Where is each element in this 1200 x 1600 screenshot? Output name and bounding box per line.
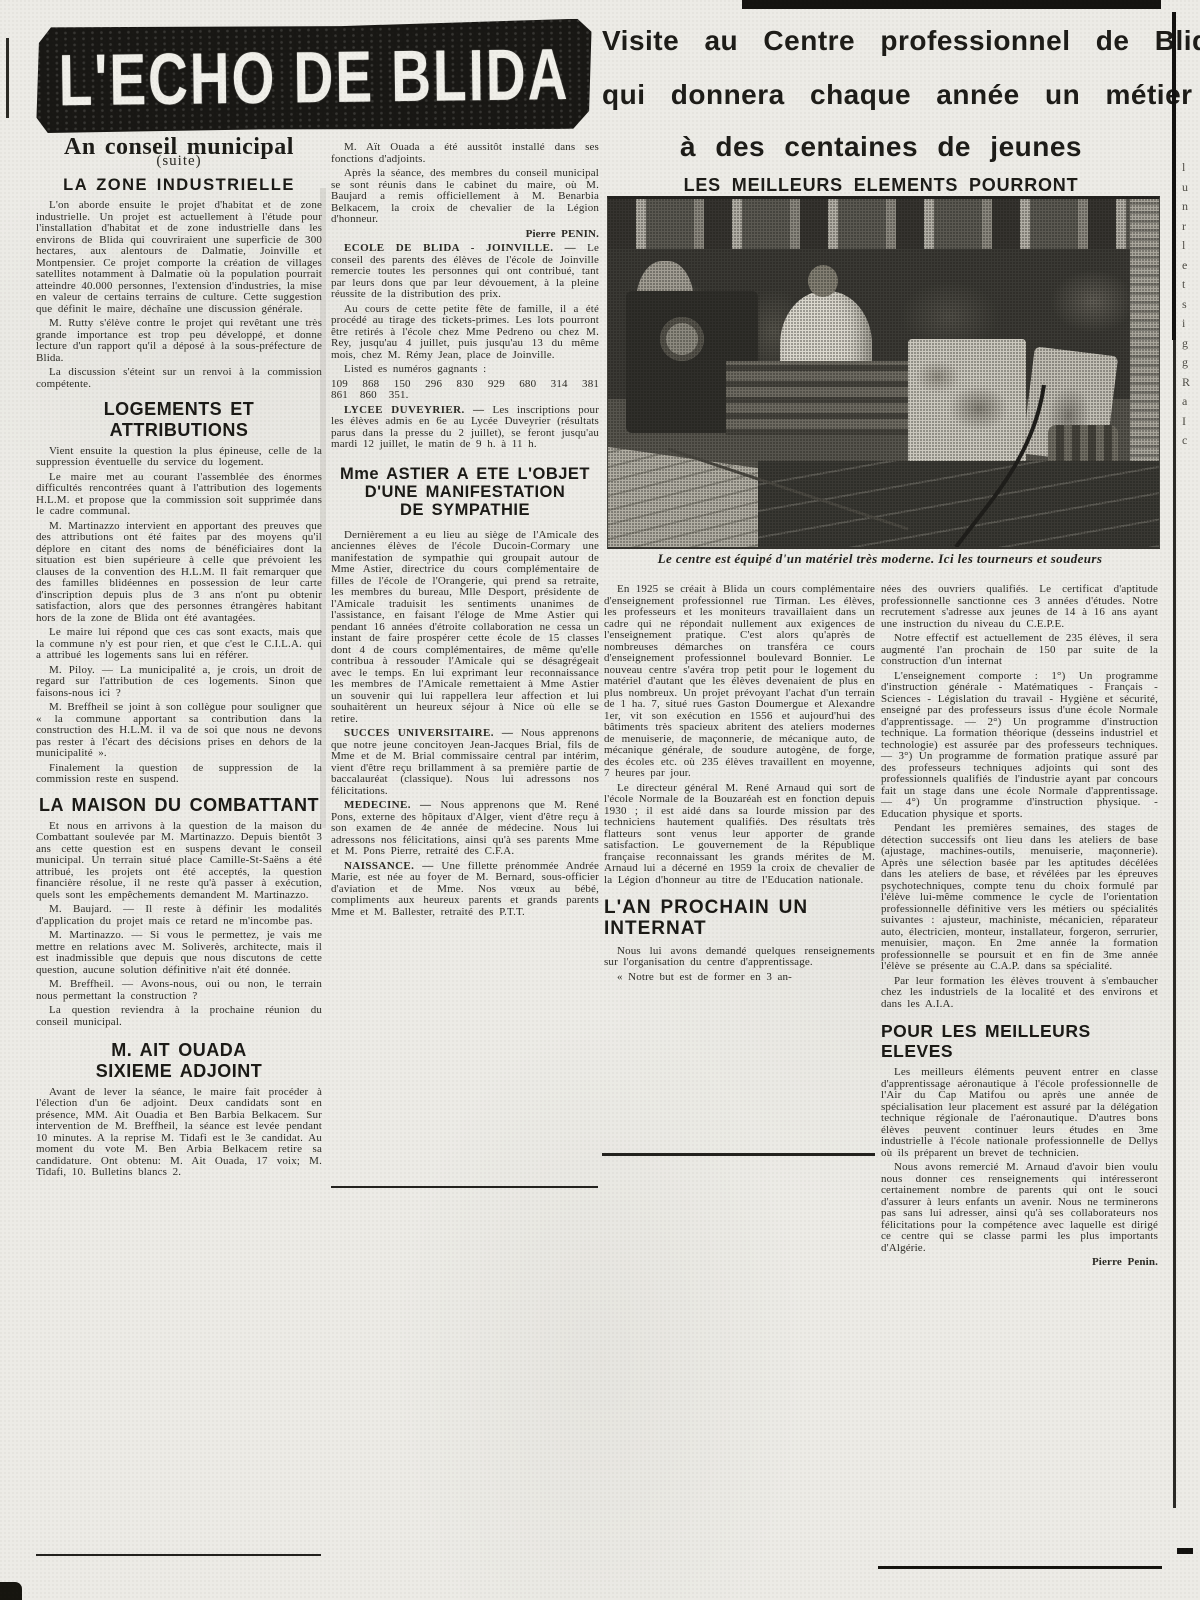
paragraph: Le maire lui répond que ces cas sont exa…	[36, 627, 322, 662]
paragraph: Vient ensuite la question la plus épineu…	[36, 446, 322, 469]
heading-ait-ouada: M. AIT OUADA SIXIEME ADJOINT	[36, 1040, 322, 1080]
column1-bottom-rule	[36, 1554, 321, 1556]
paragraph: Pendant les premières semaines, des stag…	[881, 823, 1158, 973]
paragraph: Le maire met au courant l'assemblée des …	[36, 472, 322, 518]
column-2: M. Aït Ouada a été aussitôt installé dan…	[331, 142, 599, 921]
news-item-lead: MEDECINE. —	[344, 799, 431, 811]
heading-line: DE SYMPATHIE	[331, 501, 599, 519]
paragraph: L'enseignement comporte : 1°) Un program…	[881, 671, 1158, 821]
paragraph: M. Breffheil. — Avons-nous, oui ou non, …	[36, 979, 322, 1002]
headline-line-3: à des centaines de jeunes	[602, 122, 1160, 172]
photo-caption: Le centre est équipé d'un matériel très …	[602, 551, 1158, 567]
paragraph: M. Baujard. — Il reste à définir les mod…	[36, 904, 322, 927]
news-item-ecole-joinville: ECOLE DE BLIDA - JOINVILLE. — Le conseil…	[331, 243, 599, 301]
paragraph: « Notre but est de former en 3 an-	[604, 972, 875, 984]
workshop-photo	[607, 196, 1160, 549]
heading-logements: LOGEMENTS ET ATTRIBUTIONS	[36, 399, 322, 439]
page-fold-line-upper	[1172, 12, 1176, 340]
heading-meilleurs-eleves: POUR LES MEILLEURS ELEVES	[881, 1022, 1158, 1061]
heading-line: Mme ASTIER A ETE L'OBJET	[331, 465, 599, 483]
cropped-letter: a	[1182, 392, 1198, 412]
cropped-letter: l	[1182, 158, 1198, 178]
paragraph: Les meilleurs éléments peuvent entrer en…	[881, 1067, 1158, 1159]
heading-line: SIXIEME ADJOINT	[36, 1061, 322, 1081]
paragraph: Nous avons remercié M. Arnaud d'avoir bi…	[881, 1162, 1158, 1254]
cropped-letter: s	[1182, 295, 1198, 315]
news-item-lead: NAISSANCE. —	[344, 860, 434, 872]
news-item-naissance: NAISSANCE. — Une fillette prénommée Andr…	[331, 861, 599, 919]
news-item-medecine: MEDECINE. — Nous apprenons que M. René P…	[331, 800, 599, 858]
column2-bottom-rule	[331, 1186, 598, 1188]
paragraph: En 1925 se créait à Blida un cours compl…	[604, 584, 875, 780]
heading-line: D'UNE MANIFESTATION	[331, 483, 599, 501]
news-item-lead: SUCCES UNIVERSITAIRE. —	[344, 727, 513, 739]
corner-ink-blob	[0, 1582, 22, 1600]
cropped-letter: t	[1182, 275, 1198, 295]
byline-pierre-penin: Pierre PENIN.	[331, 229, 599, 241]
paragraph: Le directeur général M. René Arnaud qui …	[604, 783, 875, 887]
page-fold-line-lower	[1173, 340, 1176, 1508]
subheadline-line-1: LES MEILLEURS ELEMENTS POURRONT	[602, 174, 1160, 196]
byline-pierre-penin-2: Pierre Penin.	[881, 1257, 1158, 1269]
heading-mme-astier: Mme ASTIER A ETE L'OBJET D'UNE MANIFESTA…	[331, 465, 599, 520]
heading-zone-industrielle: LA ZONE INDUSTRIELLE	[36, 176, 322, 194]
left-edge-mark	[6, 38, 9, 118]
paragraph: Dernièrement a eu lieu au siège de l'Ami…	[331, 530, 599, 726]
paragraph: Par leur formation les élèves trouvent à…	[881, 976, 1158, 1011]
paragraph: M. Piloy. — La municipalité a, je crois,…	[36, 665, 322, 700]
paragraph: Et nous en arrivons à la question de la …	[36, 821, 322, 902]
masthead-banner: L'ECHO DE BLIDA	[35, 19, 592, 136]
margin-cropped-letters: l u n r l e t s i g g R a I c	[1182, 158, 1198, 451]
news-item-lead: ECOLE DE BLIDA - JOINVILLE. —	[344, 242, 576, 254]
paragraph: Au cours de cette petite fête de famille…	[331, 304, 599, 362]
lottery-numbers: 109 868 150 296 830 929 680 314 381 861 …	[331, 379, 599, 402]
margin-mark	[1177, 1548, 1193, 1554]
paragraph: M. Breffheil se joint à son collègue pou…	[36, 702, 322, 760]
scan-streak	[320, 188, 326, 828]
column-4: nées des ouvriers qualifiés. Le certific…	[881, 584, 1158, 1272]
lottery-label: Listed es numéros gagnants :	[331, 364, 599, 376]
paragraph: La discussion s'éteint sur un renvoi à l…	[36, 367, 322, 390]
news-item-lycee-duveyrier: LYCEE DUVEYRIER. — Les inscriptions pour…	[331, 405, 599, 451]
newspaper-page: L'ECHO DE BLIDA An conseil municipal (su…	[0, 0, 1200, 1600]
cropped-letter: i	[1182, 314, 1198, 334]
cropped-letter: I	[1182, 412, 1198, 432]
paragraph: La question reviendra à la prochaine réu…	[36, 1005, 322, 1028]
heading-maison-combattant: LA MAISON DU COMBATTANT	[36, 795, 322, 815]
paragraph: Avant de lever la séance, le maire fait …	[36, 1087, 322, 1179]
heading-internat: L'AN PROCHAIN UN INTERNAT	[604, 897, 875, 940]
cropped-letter: u	[1182, 178, 1198, 198]
paragraph: Notre effectif est actuellement de 235 é…	[881, 633, 1158, 668]
paragraph: M. Martinazzo. — Si vous le permettez, j…	[36, 930, 322, 976]
column-1: An conseil municipal (suite) LA ZONE IND…	[36, 142, 322, 1182]
paragraph: Après la séance, des membres du conseil …	[331, 168, 599, 226]
cropped-letter: c	[1182, 431, 1198, 451]
cropped-letter: n	[1182, 197, 1198, 217]
cropped-letter: g	[1182, 353, 1198, 373]
column-3: En 1925 se créait à Blida un cours compl…	[604, 584, 875, 986]
paragraph: L'on aborde ensuite le projet d'habitat …	[36, 200, 322, 315]
column3-bottom-rule	[602, 1153, 875, 1156]
cropped-letter: l	[1182, 236, 1198, 256]
paragraph: Finalement la question de suppression de…	[36, 763, 322, 786]
cropped-letter: e	[1182, 256, 1198, 276]
photo-halftone-overlay	[608, 199, 1159, 547]
cropped-letter: g	[1182, 334, 1198, 354]
news-item-lead: LYCEE DUVEYRIER. —	[344, 404, 484, 416]
paragraph: nées des ouvriers qualifiés. Le certific…	[881, 584, 1158, 630]
news-item-succes-universitaire: SUCCES UNIVERSITAIRE. — Nous apprenons q…	[331, 728, 599, 797]
masthead-title: L'ECHO DE BLIDA	[58, 32, 570, 123]
paragraph: M. Rutty s'élève contre le projet qui re…	[36, 318, 322, 364]
heading-line: M. AIT OUADA	[36, 1040, 322, 1060]
headline-line-1: Visite au Centre professionnel de Blida	[602, 14, 1160, 68]
article-title-conseil: An conseil municipal	[36, 142, 322, 154]
paragraph: M. Aït Ouada a été aussitôt installé dan…	[331, 142, 599, 165]
cropped-letter: r	[1182, 217, 1198, 237]
headline-line-2: qui donnera chaque année un métier	[602, 68, 1160, 122]
paragraph: Nous lui avons demandé quelques renseign…	[604, 946, 875, 969]
paragraph: M. Martinazzo intervient en apportant de…	[36, 521, 322, 625]
main-headline-block: Visite au Centre professionnel de Blida …	[602, 14, 1160, 220]
column4-bottom-rule	[878, 1566, 1162, 1569]
top-edge-banner-fragment	[742, 0, 1161, 9]
cropped-letter: R	[1182, 373, 1198, 393]
